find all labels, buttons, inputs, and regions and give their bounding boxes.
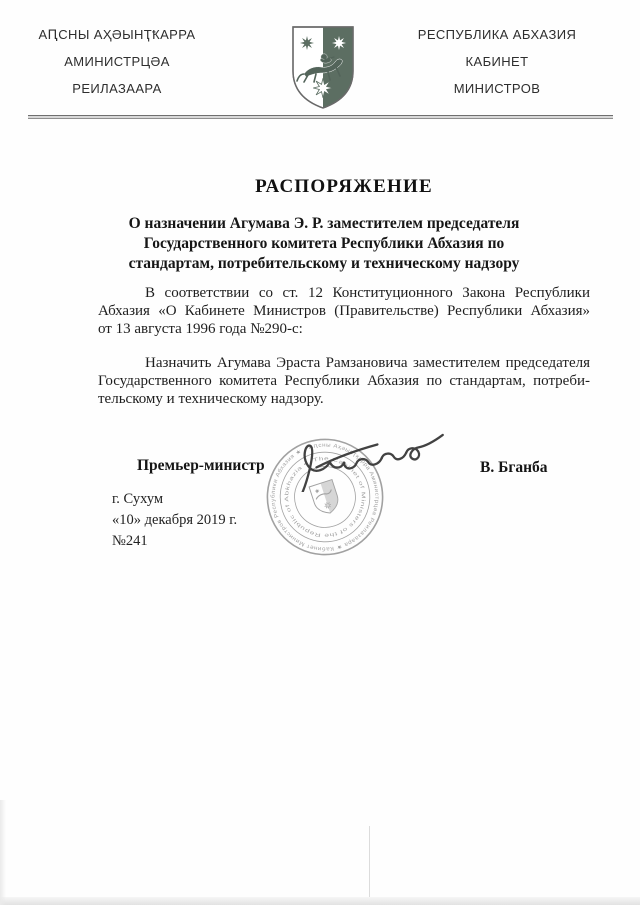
document-subject: О назначении Агумава Э. Р. заместителем … <box>78 214 570 274</box>
body-paragraph-1: В соответствии со ст. 12 Конституционног… <box>98 285 590 338</box>
paragraph-1-line-3: от 13 августа 1996 года №290-с: <box>98 321 590 339</box>
subject-line-2: Государственного комитета Республики Абх… <box>78 234 570 254</box>
scan-bottom-edge <box>0 897 640 905</box>
body-paragraph-2: Назначить Агумава Эраста Рамзановича зам… <box>98 355 590 408</box>
header-left-line-2: АМИНИСТРЦӘА <box>22 54 212 81</box>
header-left-line-3: РЕИЛАЗААРА <box>22 81 212 108</box>
scan-corner-smudge <box>0 800 6 905</box>
footer-city: г. Сухум <box>112 489 237 510</box>
signatory-role: Премьер-министр <box>137 457 265 475</box>
document-page: АԤСНЫ АҲӘЫНҬҞАРРА АМИНИСТРЦӘА РЕИЛАЗААРА… <box>0 0 640 905</box>
paragraph-2-line-3: тельскому и техническому надзору. <box>98 391 590 409</box>
paragraph-1-line-2: Абхазия «О Кабинете Министров (Правитель… <box>98 303 590 321</box>
subject-line-1: О назначении Агумава Э. Р. заместителем … <box>78 214 570 234</box>
coat-of-arms-icon <box>288 24 358 112</box>
paragraph-2-line-2: Государственного комитета Республики Абх… <box>98 373 590 391</box>
subject-line-3: стандартам, потребительскому и техническ… <box>78 254 570 274</box>
paragraph-1-line-1: В соответствии со ст. 12 Конституционног… <box>98 285 590 303</box>
header-left-line-1: АԤСНЫ АҲӘЫНҬҞАРРА <box>22 27 212 54</box>
footer-date: «10» декабря 2019 г. <box>112 510 237 531</box>
header-right-line-2: КАБИНЕТ <box>402 54 592 81</box>
paragraph-2-line-1: Назначить Агумава Эраста Рамзановича зам… <box>98 355 590 373</box>
signatory-name: В. Бганба <box>480 459 548 477</box>
header-right-line-1: РЕСПУБЛИКА АБХАЗИЯ <box>402 27 592 54</box>
scan-fold-line <box>369 826 370 905</box>
header-right-russian: РЕСПУБЛИКА АБХАЗИЯ КАБИНЕТ МИНИСТРОВ <box>402 27 592 108</box>
header-separator-rule <box>28 115 613 119</box>
header-left-abkhaz: АԤСНЫ АҲӘЫНҬҞАРРА АМИНИСТРЦӘА РЕИЛАЗААРА <box>22 27 212 108</box>
footer-block: г. Сухум «10» декабря 2019 г. №241 <box>112 489 237 552</box>
footer-number: №241 <box>112 531 237 552</box>
signature-autograph <box>286 428 454 492</box>
document-title: РАСПОРЯЖЕНИЕ <box>98 176 590 198</box>
header-right-line-3: МИНИСТРОВ <box>402 81 592 108</box>
